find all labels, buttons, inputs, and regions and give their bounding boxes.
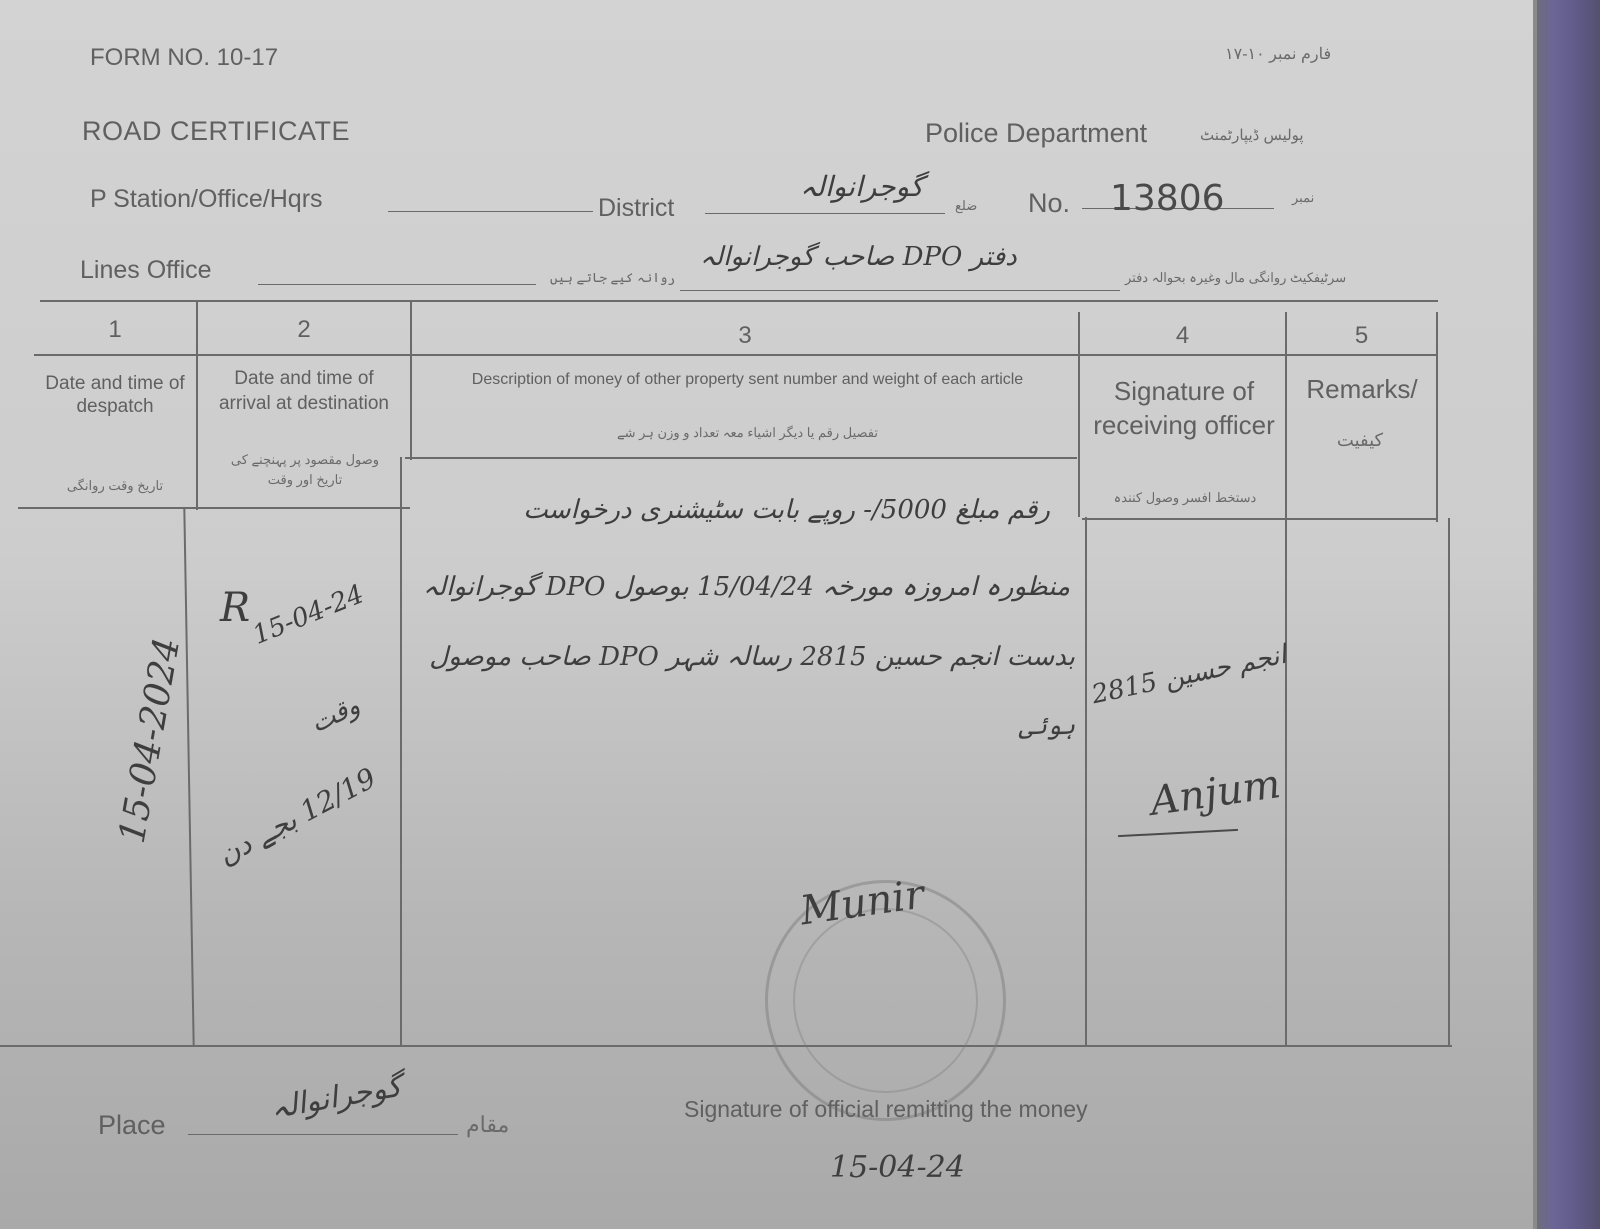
station-label: P Station/Office/Hqrs [90,185,323,214]
signature-date: 15-04-24 [830,1150,965,1185]
place-label-urdu: مقام [466,1112,509,1138]
desc-header-border [405,457,1077,459]
col4-divider [1285,312,1287,1047]
receiving-officer-signature: Anjum [1147,761,1283,825]
background-surface [1533,0,1600,1229]
district-label: District [598,194,674,223]
lines-office-field[interactable] [258,284,536,285]
col-number-1: 1 [40,316,190,344]
left-header-border [18,507,410,509]
col-number-5: 5 [1287,322,1436,350]
table-right-border-top [1436,312,1438,522]
number-label-urdu: نمبر [1292,190,1314,206]
header-signature-urdu: دستخط افسر وصول کنندہ [1100,490,1270,506]
right-header-border [1082,518,1437,520]
header-arrival-urdu: وصول مقصود پر پہنچنے کی تاریخ اور وقت [230,450,380,490]
lines-office-handwritten-line [680,290,1120,291]
table-bottom-border [0,1045,1452,1047]
header-description-urdu: تفصیل رقم یا دیگر اشیاء معہ تعداد و وزن … [420,425,1075,441]
header-remarks: Remarks/ [1289,374,1435,405]
place-value[interactable]: گوجرانوالہ [268,1069,404,1126]
station-field[interactable] [388,211,593,212]
description-line-3: بدست انجم حسین 2815 رسالہ شہر DPO صاحب م… [405,642,1075,672]
col-number-4: 4 [1080,322,1285,350]
table-number-row-border [34,354,1438,356]
lines-office-handwritten: دفتر DPO صاحب گوجرانوالہ [700,242,1017,272]
arrival-time-note: وقت [306,691,364,740]
road-certificate-form: FORM NO. 10-17 فارم نمبر ۱۰-۱۷ ROAD CERT… [0,0,1535,1229]
col-number-2: 2 [200,316,408,344]
form-title: ROAD CERTIFICATE [82,116,350,147]
form-number-urdu: فارم نمبر ۱۰-۱۷ [1225,44,1331,64]
department-name: Police Department [925,118,1147,149]
description-line-1: رقم مبلغ 5000/- روپے بابت سٹیشنری درخواس… [430,495,1050,525]
table-top-border [40,300,1438,302]
header-arrival: Date and time of arrival at destination [212,366,396,416]
lines-office-urdu-suffix: سرٹیفکیٹ روانگی مال وغیرہ بحوالہ دفتر [1125,270,1346,286]
lines-office-label: Lines Office [80,256,212,285]
district-field-line [705,213,945,214]
arrival-date: 15-04-24 [249,579,369,651]
table-right-border [1448,518,1450,1047]
receiving-officer-name: انجم حسین 2815 [1089,640,1289,711]
remarks-value [1295,540,1435,560]
place-label: Place [98,1110,166,1141]
arrival-time: 12/19 بجے دن [212,761,381,872]
certificate-number: 13806 [1110,178,1225,219]
signature-label: Signature of official remitting the mone… [684,1096,1088,1123]
col-number-3: 3 [412,322,1078,350]
description-line-4: ہوئی [1000,712,1075,740]
description-line-2: منظورہ امروزہ مورخہ 15/04/24 بوصول DPO گ… [410,572,1070,602]
district-label-urdu: ضلع [955,198,977,214]
district-value[interactable]: گوجرانوالہ [800,170,923,203]
signature-underline [1118,829,1238,837]
header-signature: Signature of receiving officer [1088,374,1280,442]
col2-divider [400,457,402,1047]
col1-divider-top [196,300,198,510]
header-description: Description of money of other property s… [420,370,1075,389]
col3-divider [1085,517,1087,1047]
form-number: FORM NO. 10-17 [90,44,278,72]
header-despatch-urdu: تاریخ وقت روانگی [40,478,190,494]
number-label: No. [1028,188,1070,219]
arrival-initials: R [220,585,250,631]
despatch-date: 15-04-2024 [99,560,202,922]
header-remarks-urdu: کیفیت [1300,430,1420,451]
department-name-urdu: پولیس ڈیپارٹمنٹ [1200,126,1304,144]
header-despatch: Date and time of despatch [40,372,190,418]
place-field-line [188,1134,458,1135]
lines-office-urdu-prefix: روانہ کیے جاتے ہیں [550,270,675,286]
